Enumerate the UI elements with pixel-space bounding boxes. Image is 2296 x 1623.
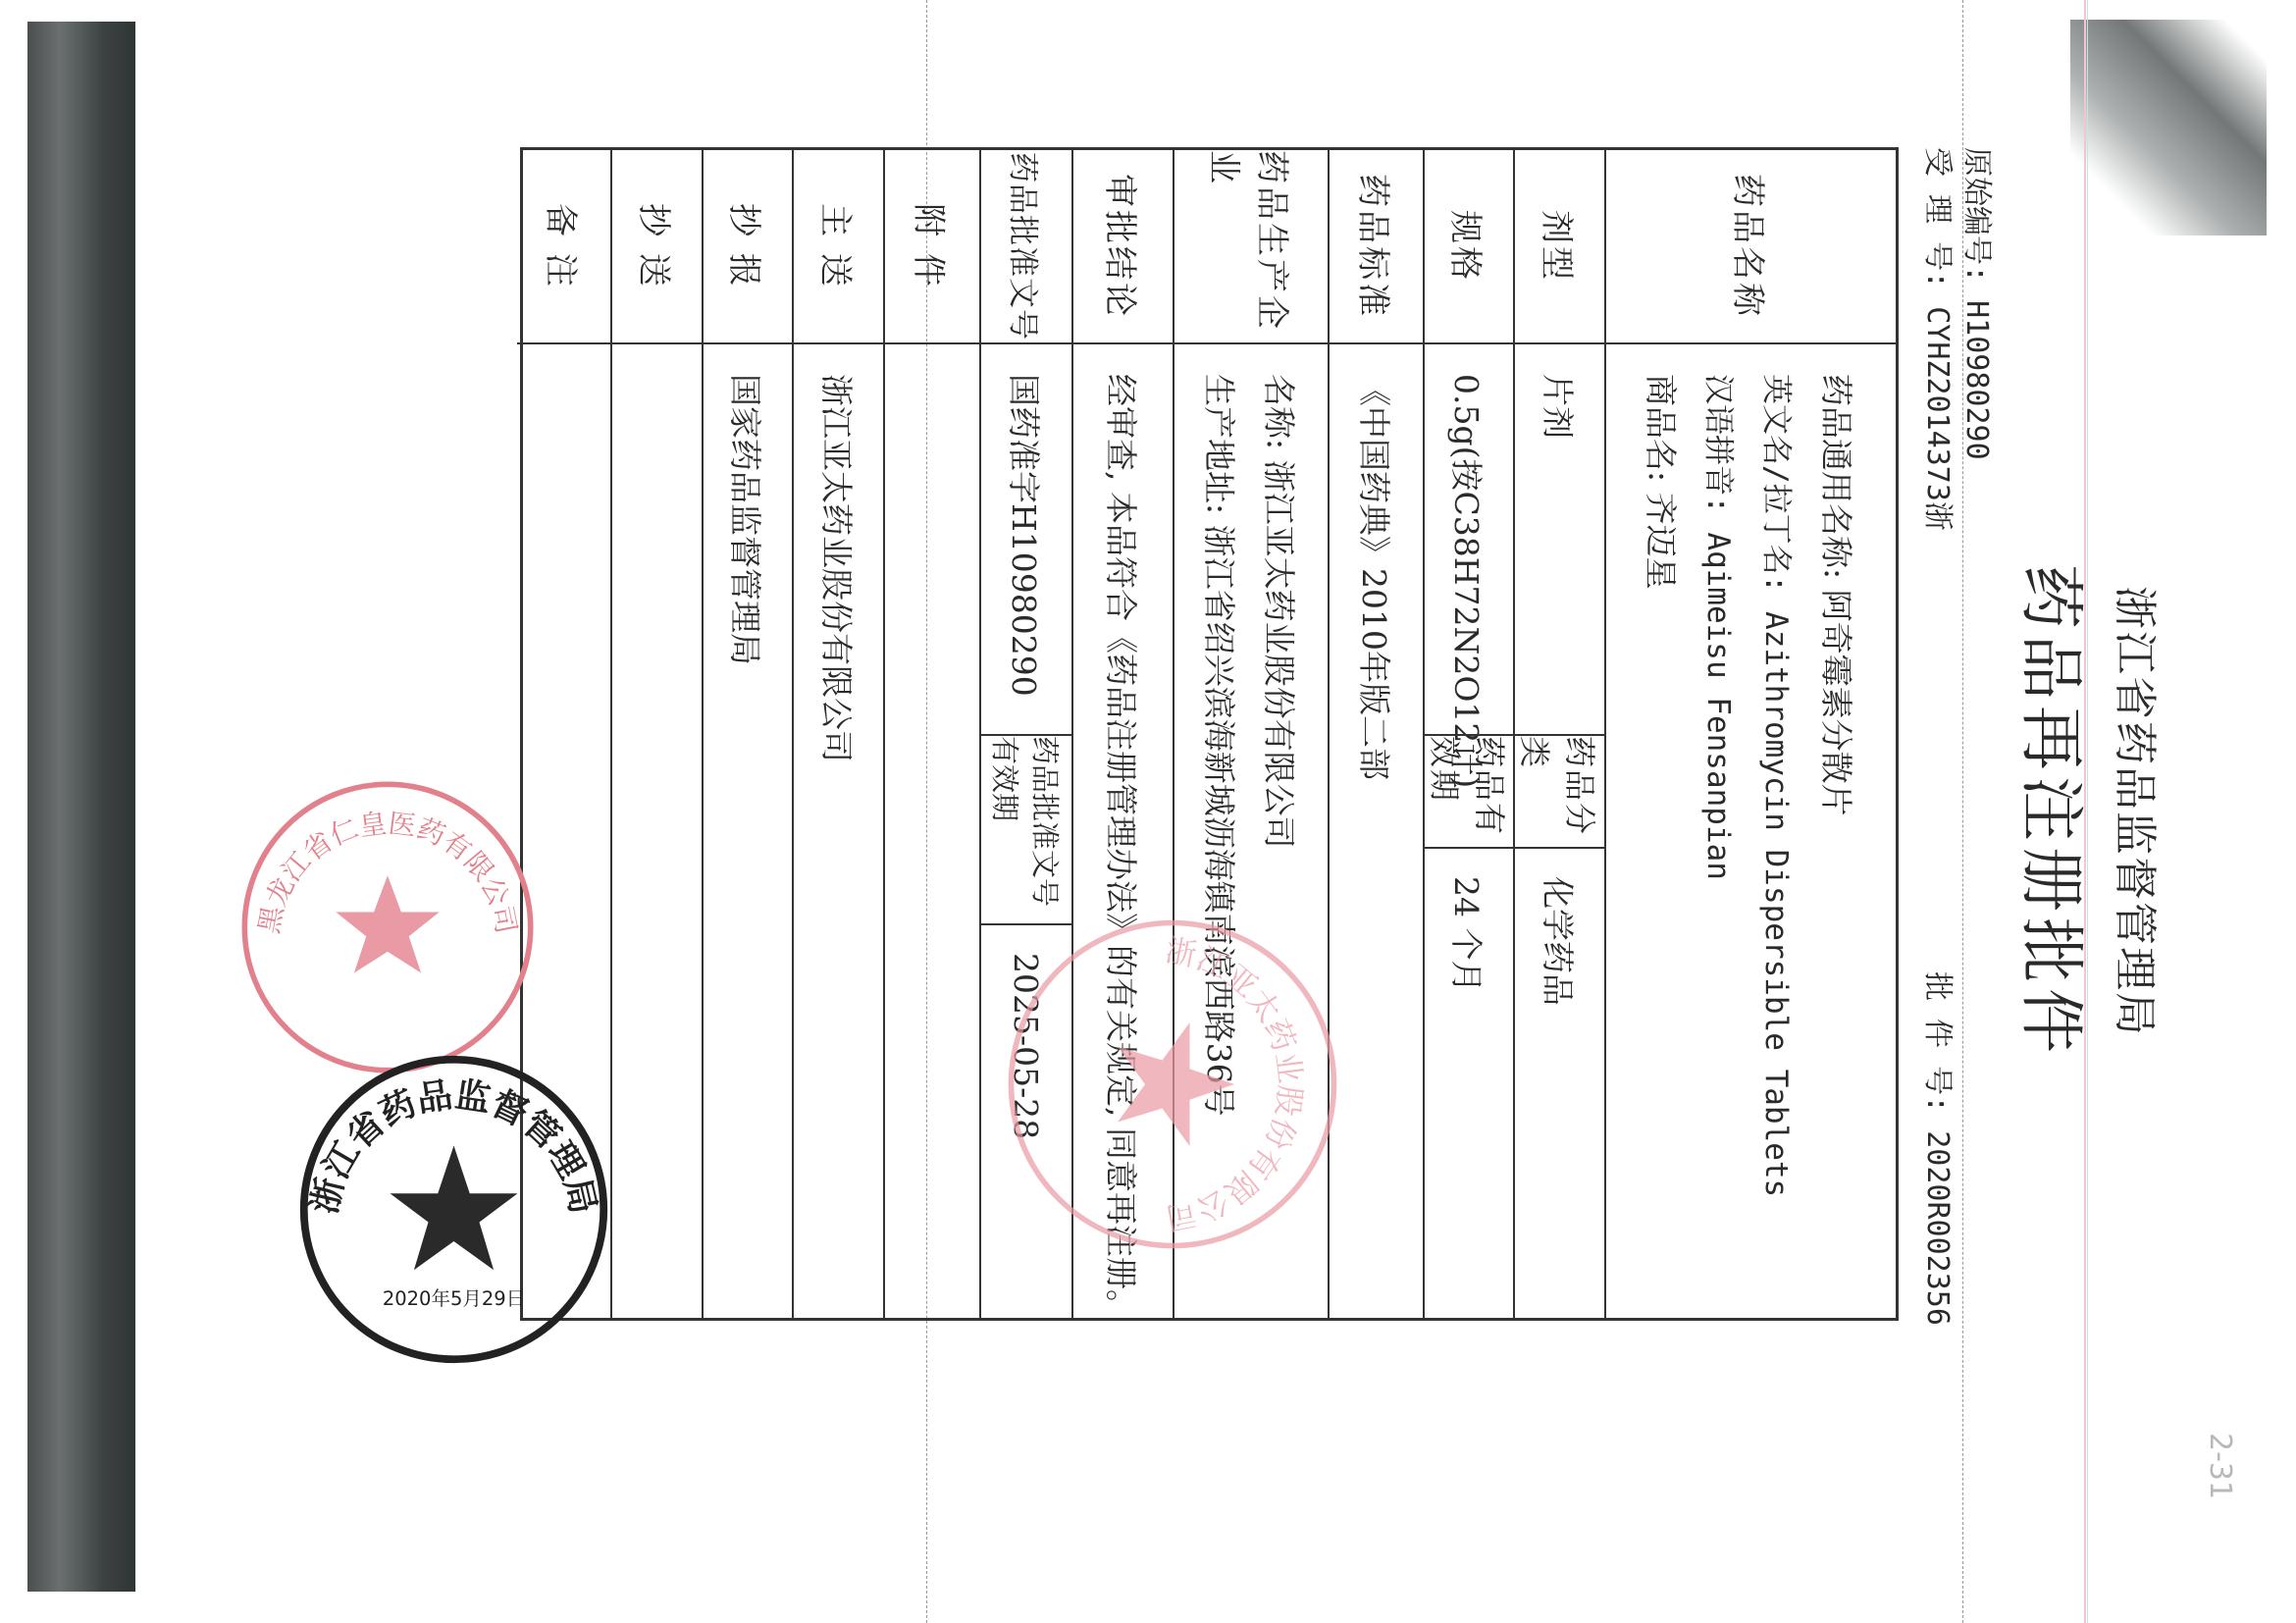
pinyin-name: 汉语拼音: Aqimeisu Fensanpian <box>1700 374 1745 880</box>
row-copy-to: 抄 送 <box>612 150 704 1318</box>
value-main-recipient: 浙江亚太药业股份有限公司 <box>794 344 883 1318</box>
stamp-manufacturer: 浙江亚太药业股份有限公司 <box>1001 913 1344 1256</box>
label-approval-expiry: 药品批准文号有效期 <box>981 734 1071 925</box>
label-standard: 药品标准 <box>1330 150 1423 344</box>
value-drug-name: 药品通用名称: 阿奇霉素分散片 英文名/拉丁名: Azithromycin Di… <box>1606 344 1896 1318</box>
row-dosage-form: 剂型 片剂 药品分类 化学药品 <box>1515 150 1606 1318</box>
value-report-to: 国家药品监督管理局 <box>704 344 792 1318</box>
acceptance-number: 受 理 号: CYHZ2014373浙 <box>1919 147 1962 531</box>
label-conclusion: 审批结论 <box>1073 150 1173 344</box>
label-attachment: 附 件 <box>885 150 979 344</box>
stamp-manufacturer-graphic: 浙江亚太药业股份有限公司 <box>1001 913 1344 1256</box>
row-attachment: 附 件 <box>885 150 981 1318</box>
approval-number-value: 2020R002356 <box>1920 1130 1955 1326</box>
label-specification: 规格 <box>1425 150 1513 344</box>
label-main-recipient: 主 送 <box>794 150 883 344</box>
value-drug-classification: 化学药品 <box>1515 849 1604 1318</box>
generic-name: 药品通用名称: 阿奇霉素分散片 <box>1816 374 1862 816</box>
trade-name: 商品名: 齐迈星 <box>1641 374 1687 590</box>
label-remarks: 备 注 <box>517 150 610 344</box>
stamp-distributor-graphic: 黑龙江省仁皇医药有限公司 <box>235 775 540 1079</box>
row-drug-name: 药品名称 药品通用名称: 阿奇霉素分散片 英文名/拉丁名: Azithromyc… <box>1606 150 1896 1318</box>
label-dosage-form: 剂型 <box>1515 150 1604 344</box>
label-drug-name: 药品名称 <box>1606 150 1896 344</box>
stamp-official: 浙江省药品监督管理局 2020年5月29日 <box>294 1050 613 1369</box>
value-approval-doc: 国药准字H10980290 <box>981 344 1071 734</box>
value-dosage-form: 片剂 <box>1515 344 1604 734</box>
label-shelf-life: 药品有效期 <box>1425 734 1513 849</box>
english-name: 英文名/拉丁名: Azithromycin Dispersible Tablet… <box>1758 374 1802 1197</box>
label-manufacturer: 药品生产企业 <box>1174 150 1328 344</box>
value-attachment <box>885 344 979 1318</box>
acceptance-number-value: CYHZ2014373浙 <box>1920 306 1955 531</box>
manufacturer-name: 名称: 浙江亚太药业股份有限公司 <box>1258 374 1304 849</box>
stamp-distributor: 黑龙江省仁皇医药有限公司 <box>235 775 540 1079</box>
original-number-label: 原始编号: <box>1959 147 1994 283</box>
handwritten-page-number: 2-31 <box>2203 1433 2237 1499</box>
document-title: 药品再注册批件 <box>2010 0 2104 1623</box>
original-number: 原始编号: H10980290 <box>1958 147 2002 460</box>
row-specification: 规格 0.5g(按C38H72N2O12计) 药品有效期 24 个月 <box>1425 150 1515 1318</box>
document-page: 浙江省药品监督管理局 药品再注册批件 原始编号: H10980290 受 理 号… <box>0 0 2296 1623</box>
stamp-official-graphic: 浙江省药品监督管理局 2020年5月29日 <box>294 1050 613 1369</box>
label-report-to: 抄 报 <box>704 150 792 344</box>
row-report-to: 抄 报 国家药品监督管理局 <box>704 150 794 1318</box>
label-approval-doc: 药品批准文号 <box>981 150 1071 344</box>
approval-number: 批 件 号: 2020R002356 <box>1919 971 1962 1326</box>
value-specification: 0.5g(按C38H72N2O12计) <box>1425 344 1513 734</box>
value-copy-to <box>612 344 702 1318</box>
label-copy-to: 抄 送 <box>612 150 702 344</box>
acceptance-number-label: 受 理 号: <box>1920 147 1955 288</box>
approval-number-label: 批 件 号: <box>1920 971 1955 1113</box>
issuing-agency: 浙江省药品监督管理局 <box>2108 0 2170 1623</box>
row-main-recipient: 主 送 浙江亚太药业股份有限公司 <box>794 150 885 1318</box>
stamp-official-date: 2020年5月29日 <box>383 1287 525 1310</box>
original-number-value: H10980290 <box>1959 300 1994 460</box>
value-shelf-life: 24 个月 <box>1425 849 1513 1318</box>
label-drug-classification: 药品分类 <box>1515 734 1604 849</box>
